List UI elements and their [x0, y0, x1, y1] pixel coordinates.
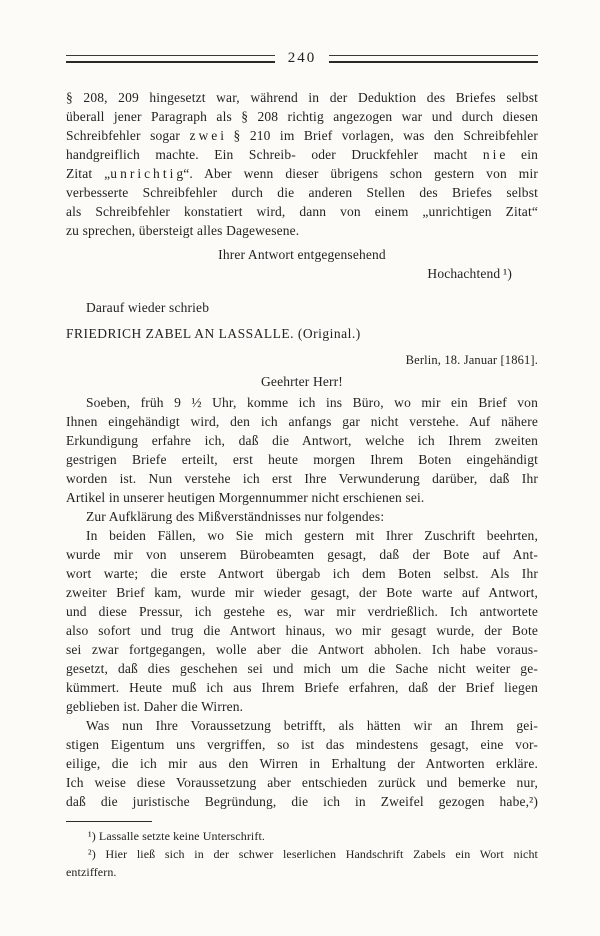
header-rule-right — [329, 55, 538, 63]
text-line: stigen Eigentum uns vergriffen, so ist d… — [66, 735, 538, 754]
paragraph-continuation: § 208, 209 hingesetzt war, während in de… — [66, 88, 538, 240]
text-line: Zitat „u n r i c h t i g“. Aber wenn die… — [66, 164, 538, 183]
text-line: In beiden Fällen, wo Sie mich gestern mi… — [66, 526, 538, 545]
text-line: und diese Pressur, ich gestehe es, war m… — [66, 602, 538, 621]
text-line: Zur Aufklärung des Mißverständnisses nur… — [66, 507, 538, 526]
page-number: 240 — [288, 49, 317, 67]
text-line: eilige, die ich mir aus den Wirren in Er… — [66, 754, 538, 773]
text-line: entziffern. — [66, 863, 538, 881]
header-rule-left — [66, 55, 275, 63]
text-line: als Schreibfehler konstatiert wird, dann… — [66, 202, 538, 221]
footnote-1: ¹) Lassalle setzte keine Unterschrift. — [66, 827, 538, 845]
text-line: daß die juristische Begründung, die ich … — [66, 792, 538, 811]
text-line: Darauf wieder schrieb — [66, 298, 538, 317]
text-line: Schreibfehler sogar z w e i § 210 im Bri… — [66, 126, 538, 145]
text-line: zweiter Brief kam, wurde mir wieder gesa… — [66, 583, 538, 602]
footnote-2: ²) Hier ließ sich in der schwer leserlic… — [66, 845, 538, 881]
text-line: wurde mir von unserem Bürobeamten gesagt… — [66, 545, 538, 564]
letter-heading: FRIEDRICH ZABEL AN LASSALLE. (Original.) — [66, 324, 538, 343]
text-line: überall jener Paragraph als § 208 richti… — [66, 107, 538, 126]
text-line: Berlin, 18. Januar [1861]. — [66, 351, 538, 370]
valediction-line: Hochachtend ¹) — [66, 264, 538, 283]
text-line: verbesserte Schreibfehler durch die ande… — [66, 183, 538, 202]
dateline: Berlin, 18. Januar [1861]. — [66, 351, 538, 370]
text-line: kümmert. Heute muß ich aus Ihrem Briefe … — [66, 678, 538, 697]
text-line: Ich weise diese Voraussetzung aber entsc… — [66, 773, 538, 792]
text-line: gesetzt, daß dies geschehen sei und mich… — [66, 659, 538, 678]
text-line: handgreiflich machte. Ein Schreib- oder … — [66, 145, 538, 164]
text-line: Erkundigung erfahre ich, daß die Antwort… — [66, 431, 538, 450]
narrative-line: Darauf wieder schrieb — [66, 298, 538, 317]
paragraph-was-nun: Was nun Ihre Voraussetzung betrifft, als… — [66, 716, 538, 811]
book-page: 240 § 208, 209 hingesetzt war, während i… — [0, 0, 600, 936]
text-line: Was nun Ihre Voraussetzung betrifft, als… — [66, 716, 538, 735]
text-line: Artikel in unserer heutigen Morgennummer… — [66, 488, 538, 507]
text-line: FRIEDRICH ZABEL AN LASSALLE. (Original.) — [66, 324, 538, 343]
text-line: zu sprechen, übersteigt alles Dagewesene… — [66, 221, 538, 240]
paragraph-in-beiden: In beiden Fällen, wo Sie mich gestern mi… — [66, 526, 538, 716]
text-line: Hochachtend ¹) — [66, 264, 512, 283]
text-line: Ihnen eingehändigt wird, den ich anfangs… — [66, 412, 538, 431]
running-head: 240 — [66, 50, 538, 68]
paragraph-soeben: Soeben, früh 9 ½ Uhr, komme ich ins Büro… — [66, 393, 538, 507]
letter-body: § 208, 209 hingesetzt war, während in de… — [66, 88, 538, 811]
paragraph-aufklaerung: Zur Aufklärung des Mißverständnisses nur… — [66, 507, 538, 526]
text-line: Ihrer Antwort entgegensehend — [66, 245, 538, 264]
footnotes: ¹) Lassalle setzte keine Unterschrift.²)… — [66, 827, 538, 881]
text-line: ²) Hier ließ sich in der schwer leserlic… — [66, 845, 538, 863]
closing-line: Ihrer Antwort entgegensehend — [66, 245, 538, 264]
text-line: gestrigen Briefe erteilt, erst heute mor… — [66, 450, 538, 469]
text-line: worden ist. Nun verstehe ich erst Ihre V… — [66, 469, 538, 488]
text-line: Geehrter Herr! — [66, 372, 538, 391]
text-line: ¹) Lassalle setzte keine Unterschrift. — [66, 827, 538, 845]
footnote-separator — [66, 821, 152, 822]
text-line: geblieben ist. Daher die Wirren. — [66, 697, 538, 716]
text-line: also sofort und trug die Antwort hinaus,… — [66, 621, 538, 640]
salutation: Geehrter Herr! — [66, 372, 538, 391]
text-line: sei zwar fortgegangen, wolle aber die An… — [66, 640, 538, 659]
text-line: Soeben, früh 9 ½ Uhr, komme ich ins Büro… — [66, 393, 538, 412]
text-line: wort warte; die erste Antwort übergab ic… — [66, 564, 538, 583]
text-line: § 208, 209 hingesetzt war, während in de… — [66, 88, 538, 107]
